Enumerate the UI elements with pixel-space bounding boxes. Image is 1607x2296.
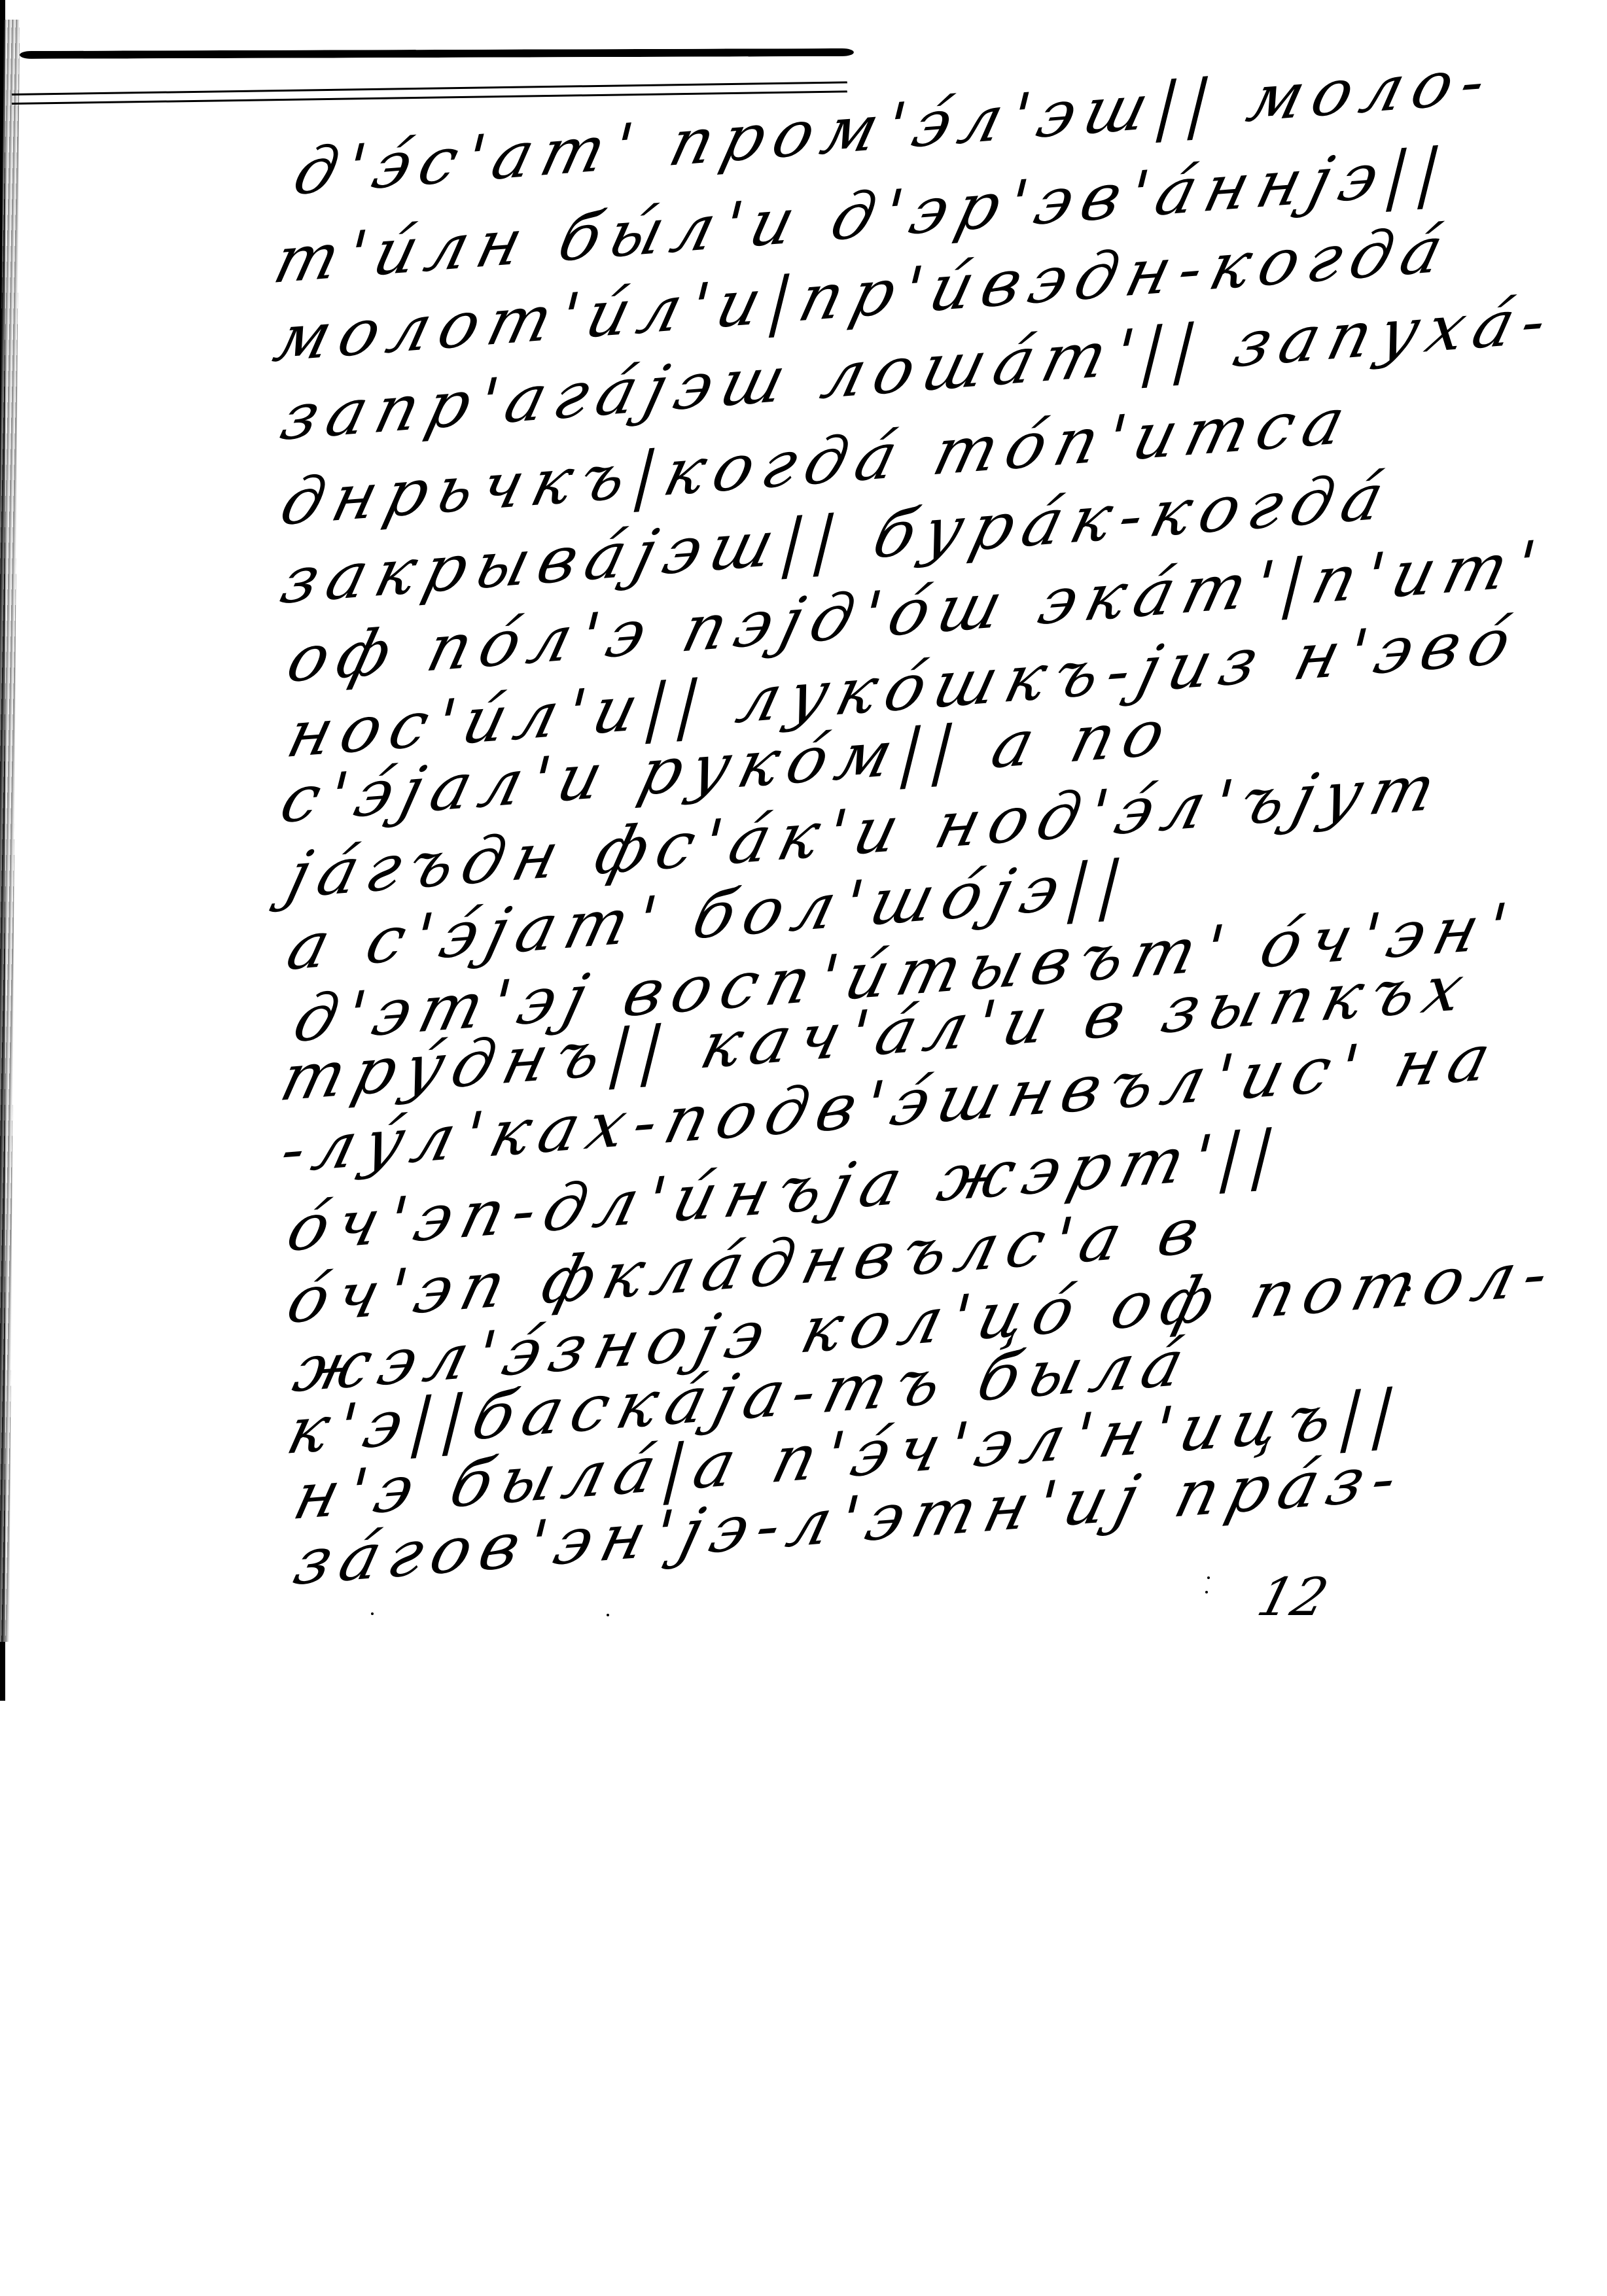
scan-speck	[1405, 1286, 1411, 1291]
scan-speck	[1207, 1576, 1210, 1579]
scan-speck	[607, 1614, 609, 1616]
handwritten-text-block: д'э́с'ат' пром'э́л'эш|| моло- т'и́лн бы́…	[0, 0, 1607, 2296]
scan-speck	[371, 1612, 374, 1615]
scan-speck	[1205, 1591, 1208, 1593]
scanned-page: д'э́с'ат' пром'э́л'эш|| моло- т'и́лн бы́…	[0, 0, 1607, 2296]
